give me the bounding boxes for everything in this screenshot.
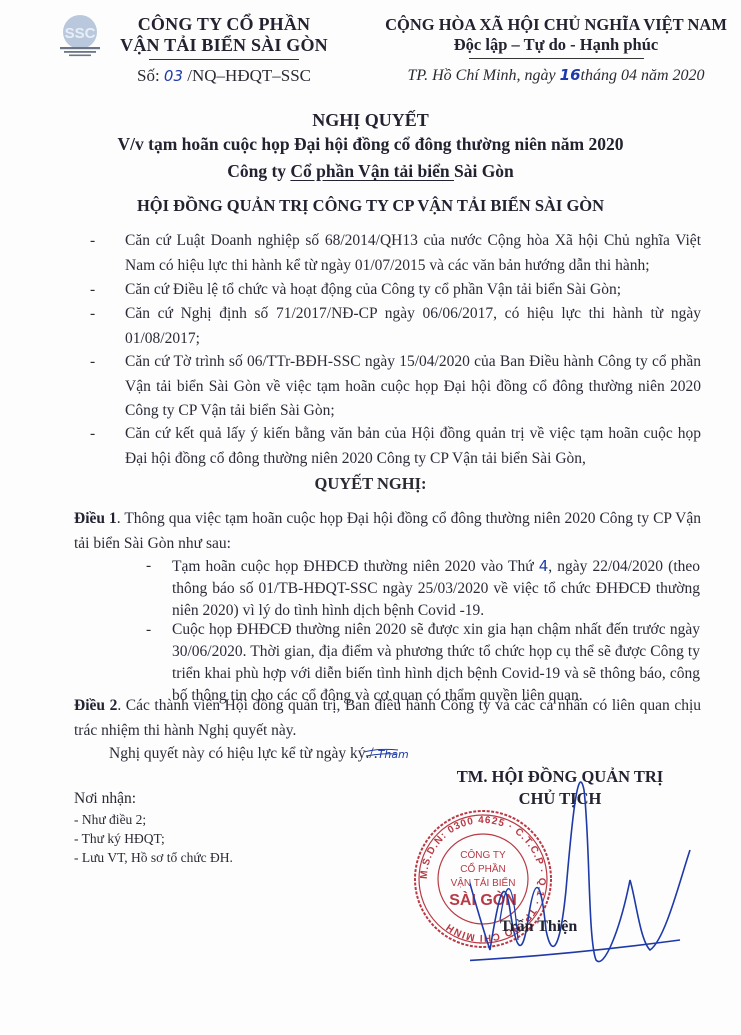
legal-basis-item: Căn cứ Luật Doanh nghiệp số 68/2014/QH13… (125, 229, 701, 278)
date-prefix: TP. Hồ Chí Minh, ngày (407, 67, 559, 84)
document-number: Số: 03 /NQ–HĐQT–SSC (104, 66, 344, 86)
legal-basis-item: Căn cứ Điều lệ tổ chức và hoạt động của … (125, 278, 701, 303)
national-header: CỘNG HÒA XÃ HỘI CHỦ NGHĨA VIỆT NAM Độc l… (384, 14, 728, 86)
company-prefix: Công ty (227, 161, 290, 181)
legal-basis-item: Căn cứ kết quả lấy ý kiến bằng văn bản c… (125, 422, 701, 471)
article-2: Điều 2. Các thành viên Hội đồng quản trị… (74, 694, 701, 743)
company-underlined: Cổ phần Vận tải biển (290, 161, 454, 181)
issuer-header: CÔNG TY CỔ PHẦN VẬN TẢI BIỂN SÀI GÒN Số:… (104, 14, 344, 86)
date-suffix: tháng 04 năm 2020 (581, 67, 705, 84)
article-2-label: Điều 2 (74, 697, 117, 714)
document-date: TP. Hồ Chí Minh, ngày 16tháng 04 năm 202… (384, 65, 728, 86)
document-page: SSC CÔNG TY CỔ PHẦN VẬN TẢI BIỂN SÀI GÒN… (0, 0, 741, 1035)
company-logo-icon: SSC (58, 12, 102, 58)
company-name-line1: CÔNG TY CỔ PHẦN (104, 14, 344, 35)
legal-basis-item: Căn cứ Nghị định số 71/2017/NĐ-CP ngày 0… (125, 302, 701, 351)
motto-divider (469, 58, 644, 59)
handwritten-day: 16 (560, 66, 581, 84)
national-title: CỘNG HÒA XÃ HỘI CHỦ NGHĨA VIỆT NAM (384, 14, 728, 35)
base-bullet: - (90, 350, 95, 375)
resolution-heading: QUYẾT NGHỊ: (0, 474, 741, 494)
recipients-heading: Nơi nhận: (74, 788, 233, 810)
article-1-text: . Thông qua việc tạm hoãn cuộc họp Đại h… (74, 510, 701, 552)
number-suffix: /NQ–HĐQT–SSC (183, 66, 311, 85)
base-bullet: - (90, 278, 95, 303)
number-prefix: Số: (137, 66, 164, 85)
document-subject: V/v tạm hoãn cuộc họp Đại hội đồng cổ đô… (0, 134, 741, 155)
header-divider (149, 59, 299, 60)
recipient-item: - Lưu VT, Hồ sơ tổ chức ĐH. (74, 848, 233, 867)
sub-bullet: - (146, 557, 151, 575)
issuing-body: HỘI ĐỒNG QUẢN TRỊ CÔNG TY CP VẬN TẢI BIỂ… (0, 196, 741, 216)
article-2-text: . Các thành viên Hội đồng quản trị, Ban … (74, 697, 701, 739)
document-company-line: Công ty Cổ phần Vận tải biển Sài Gòn (0, 161, 741, 182)
document-type-title: NGHỊ QUYẾT (0, 110, 741, 131)
legal-basis-item: Căn cứ Tờ trình số 06/TTr-BĐH-SSC ngày 1… (125, 350, 701, 424)
recipient-item: - Như điều 2; (74, 810, 233, 829)
article-1-item: Tạm hoãn cuộc họp ĐHĐCĐ thường niên 2020… (172, 555, 700, 622)
base-bullet: - (90, 302, 95, 327)
company-name-line2: VẬN TẢI BIỂN SÀI GÒN (104, 35, 344, 56)
handwritten-weekday: 4 (539, 557, 549, 575)
handwritten-signature-icon (470, 760, 730, 1020)
base-bullet: - (90, 229, 95, 254)
article-1: Điều 1. Thông qua việc tạm hoãn cuộc họp… (74, 507, 701, 556)
article-1-label: Điều 1 (74, 510, 117, 527)
initial-flourish-icon (320, 746, 400, 760)
svg-text:SSC: SSC (65, 25, 96, 42)
company-suffix: Sài Gòn (454, 161, 514, 181)
item-text: Tạm hoãn cuộc họp ĐHĐCĐ thường niên 2020… (172, 558, 539, 575)
recipient-item: - Thư ký HĐQT; (74, 829, 233, 848)
recipients: Nơi nhận: - Như điều 2; - Thư ký HĐQT; -… (74, 788, 233, 867)
national-motto: Độc lập – Tự do - Hạnh phúc (384, 35, 728, 55)
base-bullet: - (90, 422, 95, 447)
handwritten-number: 03 (164, 67, 183, 85)
signatory-name: Trần Thiện (500, 918, 577, 936)
sub-bullet: - (146, 621, 151, 639)
